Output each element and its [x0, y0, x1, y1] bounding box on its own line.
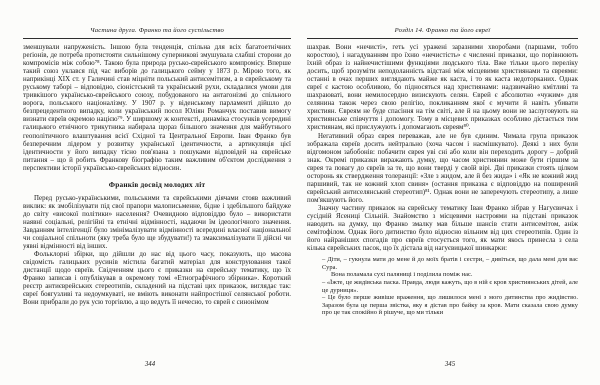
quote-line: – Діти, – гукнула мати до мене й до моїх…	[322, 256, 578, 271]
page-right: Розділ 14. Франко та його євреї шахрая. …	[300, 0, 600, 385]
left-body-text: зменшували напруженість. Іншою була тенд…	[23, 44, 291, 307]
left-header-rule: Частина друга. Франко та його суспільств…	[23, 27, 291, 39]
quote-line: – «Їжте, це жидівська паска. Правда, люд…	[322, 279, 578, 294]
right-header-rule: Розділ 14. Франко та його євреї	[307, 27, 578, 39]
right-running-header: Розділ 14. Франко та його євреї	[307, 27, 578, 35]
page-left: Частина друга. Франко та його суспільств…	[0, 0, 300, 385]
page-number-left: 344	[0, 361, 300, 368]
right-paragraph-continued: шахрая. Вони «нечисті», геть усі уражені…	[307, 44, 578, 133]
left-paragraph: Перед русько-українськими, польськими та…	[23, 195, 291, 251]
quote-line: – Це було перше живіше враження, що лиши…	[322, 294, 578, 317]
quote-line: Вона поламала сухі паляниці і поділила п…	[322, 271, 578, 279]
left-running-header: Частина друга. Франко та його суспільств…	[23, 27, 291, 35]
memoir-quote-block: – Діти, – гукнула мати до мене й до моїх…	[322, 256, 578, 317]
page-number-right: 345	[300, 361, 600, 368]
book-spread: Частина друга. Франко та його суспільств…	[0, 0, 600, 385]
left-paragraph-continued: зменшували напруженість. Іншою була тенд…	[23, 44, 291, 173]
right-body-text: шахрая. Вони «нечисті», геть усі уражені…	[307, 44, 578, 317]
right-paragraph: Значну частину приказок на єврейську тем…	[307, 205, 578, 253]
left-paragraph: Фольклорні збірки, що дійшли до нас від …	[23, 251, 291, 307]
right-paragraph: Негативний образ єврея переважав, але не…	[307, 133, 578, 205]
section-heading: Франків досвід молодих літ	[23, 181, 291, 189]
